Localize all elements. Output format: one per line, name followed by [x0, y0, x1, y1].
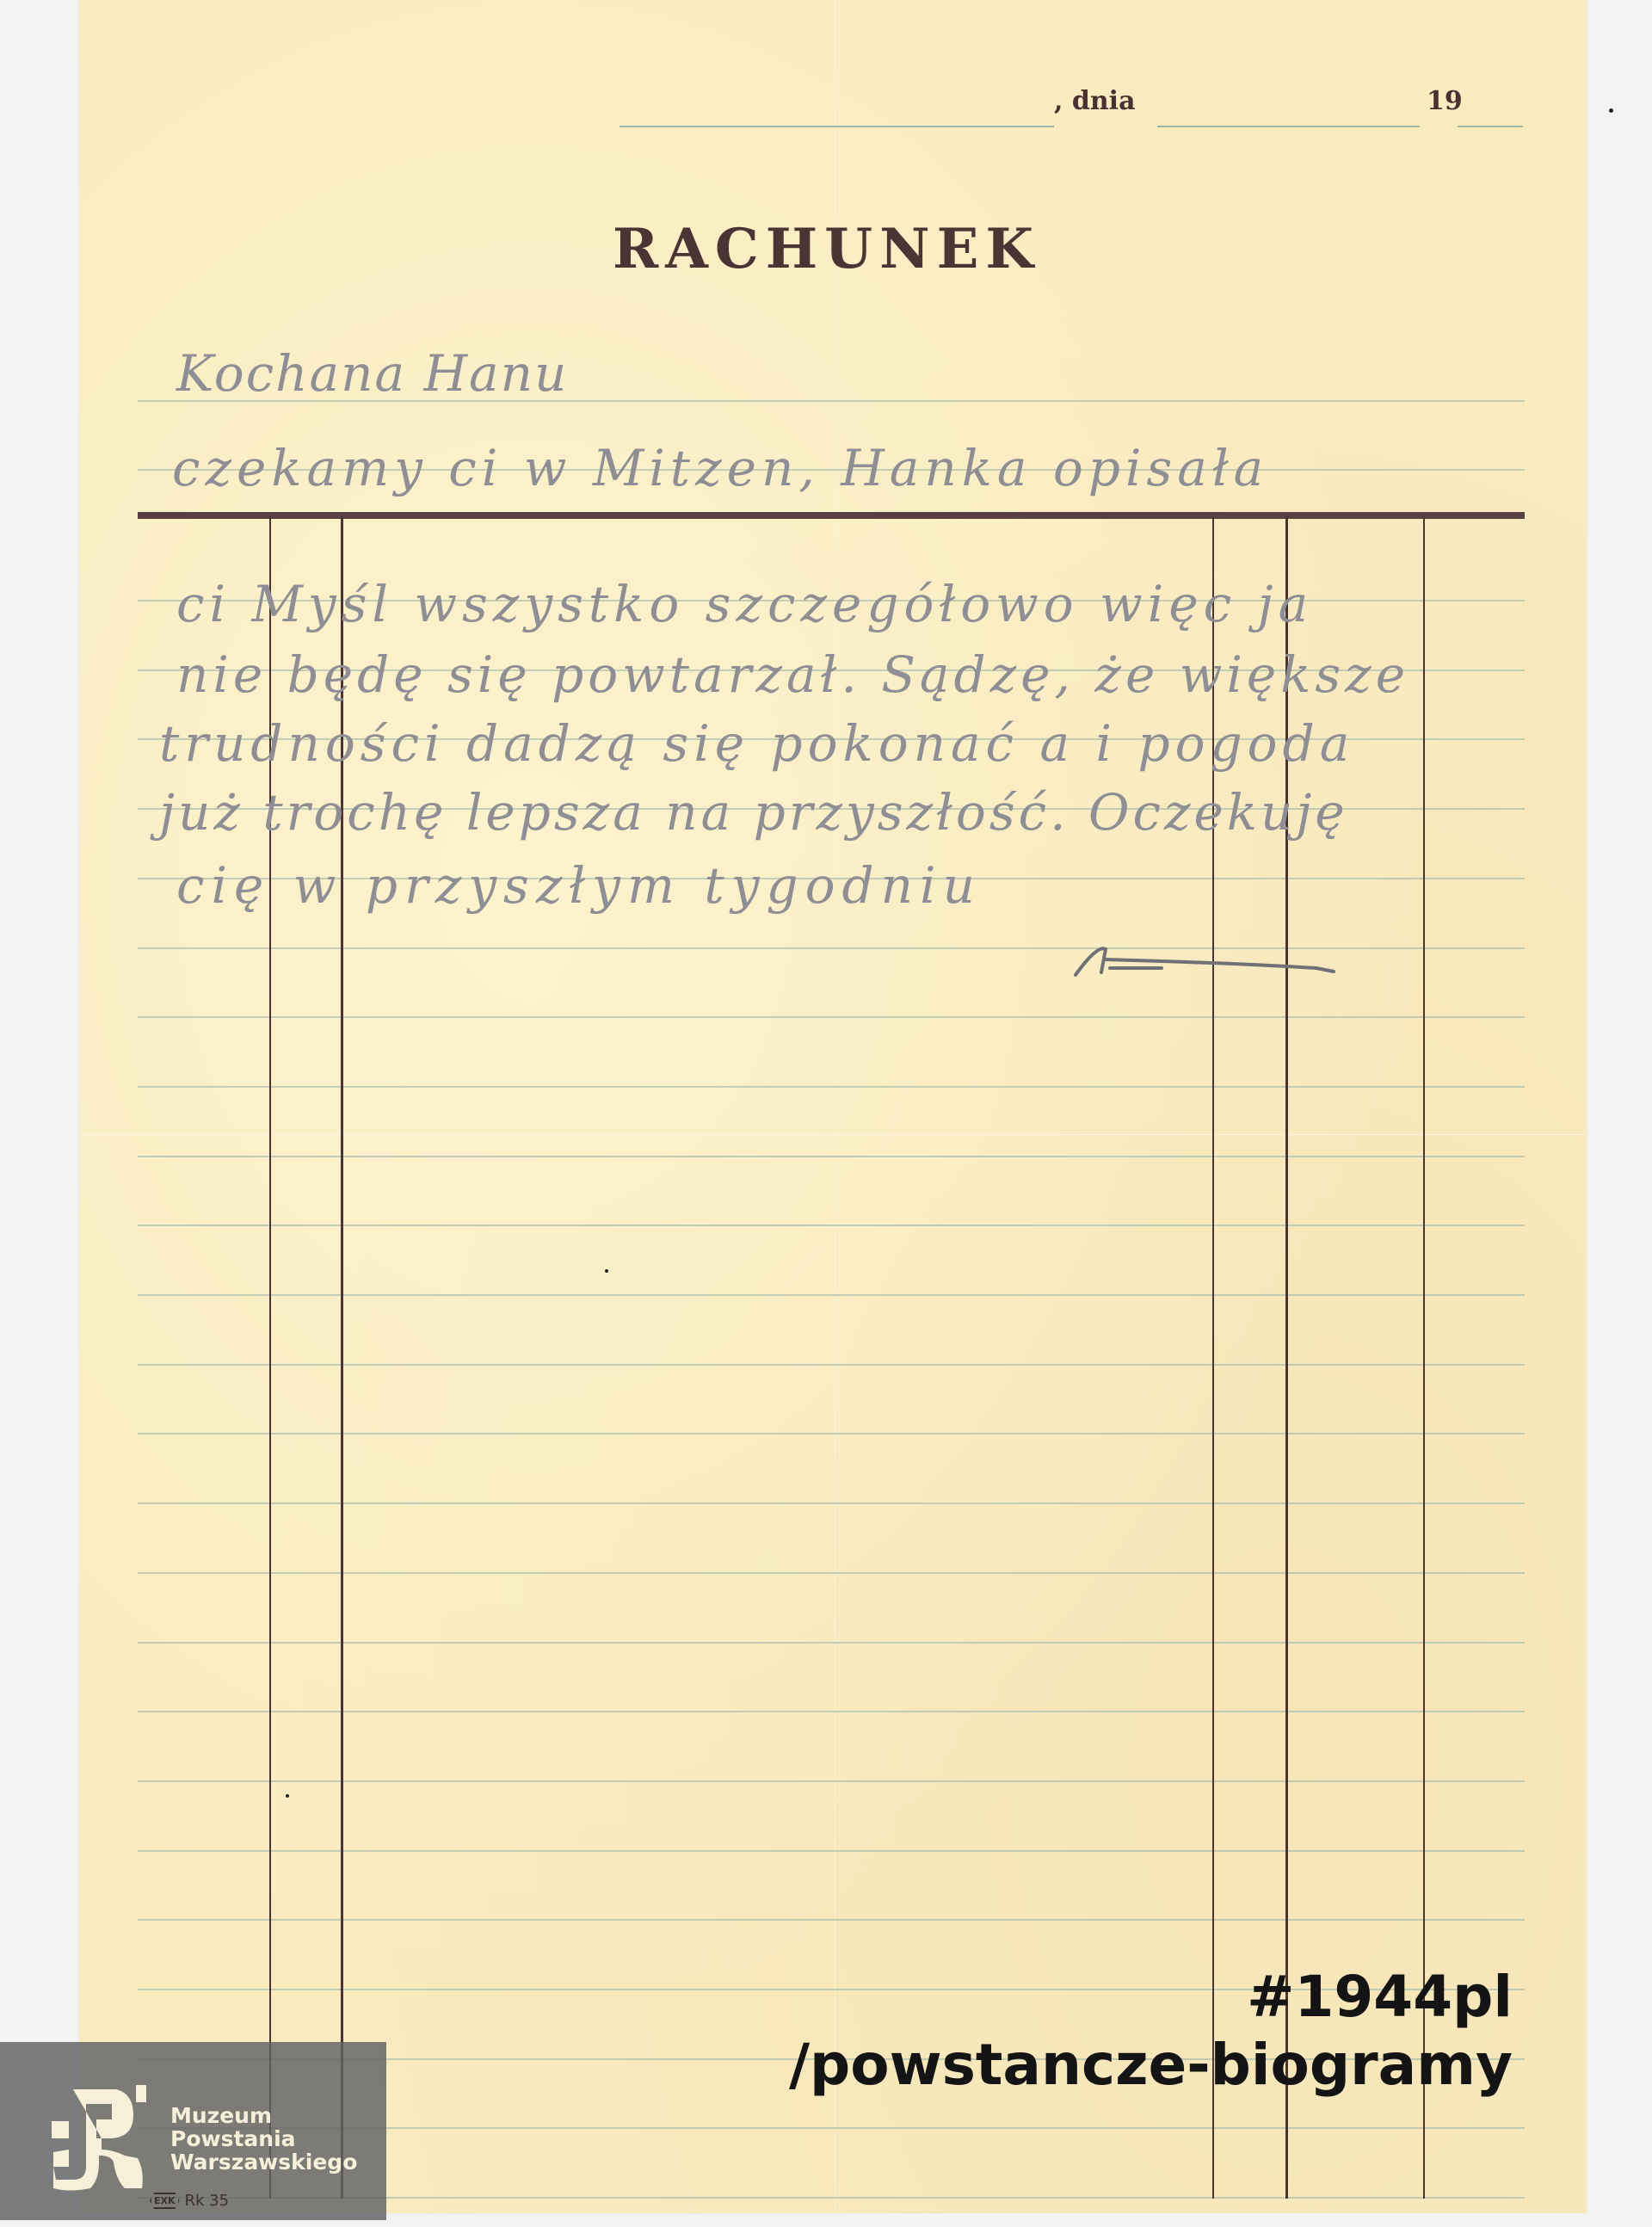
paper-speck [286, 1794, 289, 1798]
ruled-line [138, 1364, 1525, 1366]
handwritten-line-4: nie będę się powtarzał. Sądzę, że większ… [176, 645, 1409, 704]
ruled-line [138, 1572, 1525, 1574]
fold-crease-vertical [835, 0, 835, 2213]
stamp-code: Rk 35 [185, 2192, 230, 2210]
paper-speck [1609, 108, 1613, 113]
paper-speck [605, 1269, 608, 1273]
museum-name: Muzeum Powstania Warszawskiego [170, 2104, 357, 2174]
table-header-rule [138, 512, 1525, 519]
ruled-line [138, 1294, 1525, 1296]
ruled-line [138, 1086, 1525, 1088]
stamp-badge-icon: EXK [150, 2193, 180, 2209]
handwritten-line-2: czekamy ci w Mitzen, Hanka opisała [172, 439, 1268, 497]
printer-stamp: EXK Rk 35 [150, 2192, 229, 2210]
ruled-line [138, 1502, 1525, 1504]
fold-crease-horizontal [79, 1134, 1587, 1135]
date-label: , dnia [1054, 86, 1136, 116]
ruled-line [138, 1780, 1525, 1782]
ruled-line [138, 1225, 1525, 1226]
handwritten-line-6: już trochę lepsza na przyszłość. Oczekuj… [159, 783, 1348, 842]
watermark-hashtag: #1944pl [1247, 1969, 1513, 2026]
ruled-line [138, 1919, 1525, 1921]
kotwica-anchor-icon [52, 2085, 146, 2193]
museum-logo-box: Muzeum Powstania Warszawskiego EXK Rk 35 [0, 2042, 386, 2220]
handwritten-line-1: Kochana Hanu [176, 344, 568, 403]
ruled-line [138, 1642, 1525, 1644]
museum-name-line-2: Powstania [170, 2127, 357, 2150]
ruled-line [138, 1711, 1525, 1712]
document-title: RACHUNEK [613, 217, 1040, 281]
ruled-line [138, 1016, 1525, 1018]
ruled-line [138, 1850, 1525, 1852]
museum-name-line-1: Muzeum [170, 2104, 357, 2127]
handwritten-line-3: ci Myśl wszystko szczegółowo więc ja [176, 575, 1313, 633]
signature-scribble [1058, 942, 1368, 977]
museum-name-line-3: Warszawskiego [170, 2150, 357, 2174]
document-paper [79, 0, 1587, 2213]
ruled-line [138, 1156, 1525, 1157]
ruled-line [138, 1433, 1525, 1434]
place-blank-line [619, 126, 1054, 127]
year-blank-line [1458, 126, 1523, 127]
handwritten-line-7: cię w przyszłym tygodniu [176, 856, 982, 915]
watermark-path: /powstancze-biogramy [789, 2034, 1513, 2096]
year-prefix: 19 [1427, 86, 1463, 116]
handwritten-line-5: trudności dadzą się pokonać a i pogoda [159, 714, 1354, 773]
column-divider-5 [1423, 516, 1425, 2199]
date-blank-line [1157, 126, 1420, 127]
